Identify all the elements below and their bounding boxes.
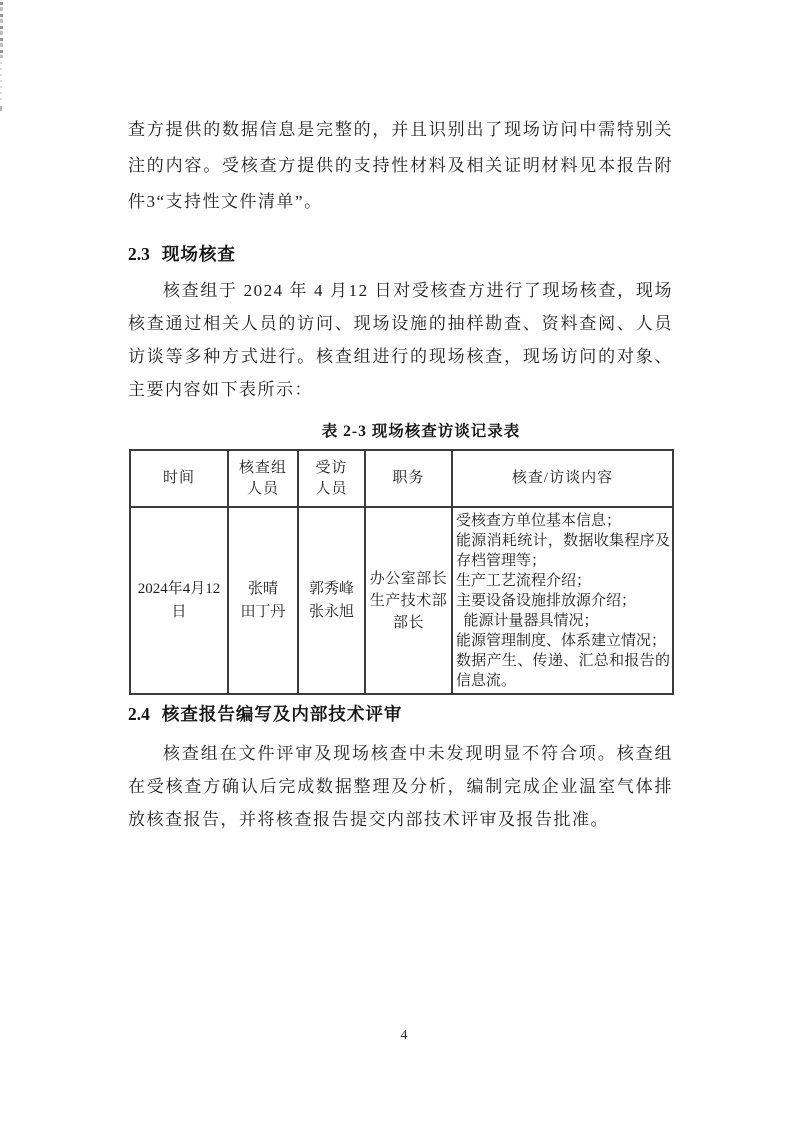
- scan-edge-artifact: [0, 62, 2, 102]
- cell-interview-content: 受核查方单位基本信息； 能源消耗统计，数据收集程序及存档管理等； 生产工艺流程介…: [452, 507, 673, 694]
- cell-position: 办公室部长 生产技术部 部长: [365, 507, 452, 694]
- cell-verification-team: 张晴 田丁丹: [228, 507, 298, 694]
- section-2-4-heading: 2.4核查报告编写及内部技术评审: [128, 701, 673, 726]
- col-header-verification-team: 核查组 人员: [228, 450, 298, 507]
- scan-edge-artifact: [0, 2, 3, 58]
- document-page: 查方提供的数据信息是完整的，并且识别出了现场访问中需特别关注的内容。受核查方提供…: [0, 0, 800, 1130]
- table-row: 2024年4月12 日 张晴 田丁丹 郭秀峰 张永旭 办公室部长 生产技术部 部…: [130, 507, 673, 694]
- section-2-4-number: 2.4: [128, 704, 150, 724]
- site-visit-interview-record-table: 时间 核查组 人员 受访 人员 职务 核查/访谈内容 2024年4月12 日 张…: [129, 449, 674, 695]
- cell-time: 2024年4月12 日: [130, 507, 228, 694]
- section-2-3-paragraph: 核查组于 2024 年 4 月12 日对受核查方进行了现场核查，现场核查通过相关…: [128, 274, 673, 406]
- col-header-time: 时间: [130, 450, 228, 507]
- section-2-4-paragraph: 核查组在文件评审及现场核查中未发现明显不符合项。核查组在受核查方确认后完成数据整…: [128, 737, 673, 836]
- table-caption: 表 2-3 现场核查访谈记录表: [128, 419, 672, 441]
- col-header-position: 职务: [365, 450, 452, 507]
- section-2-3-title: 现场核查: [162, 244, 236, 264]
- section-2-4-title: 核查报告编写及内部技术评审: [162, 704, 403, 724]
- scan-edge-artifact: [0, 106, 2, 111]
- col-header-interview-content: 核查/访谈内容: [452, 450, 673, 507]
- section-2-3-number: 2.3: [128, 244, 150, 264]
- table-header-row: 时间 核查组 人员 受访 人员 职务 核查/访谈内容: [130, 450, 673, 507]
- cell-interviewees: 郭秀峰 张永旭: [298, 507, 365, 694]
- section-2-3-heading: 2.3现场核查: [128, 241, 673, 266]
- intro-paragraph: 查方提供的数据信息是完整的，并且识别出了现场访问中需特别关注的内容。受核查方提供…: [128, 112, 673, 220]
- page-number: 4: [0, 1028, 800, 1044]
- col-header-interviewees: 受访 人员: [298, 450, 365, 507]
